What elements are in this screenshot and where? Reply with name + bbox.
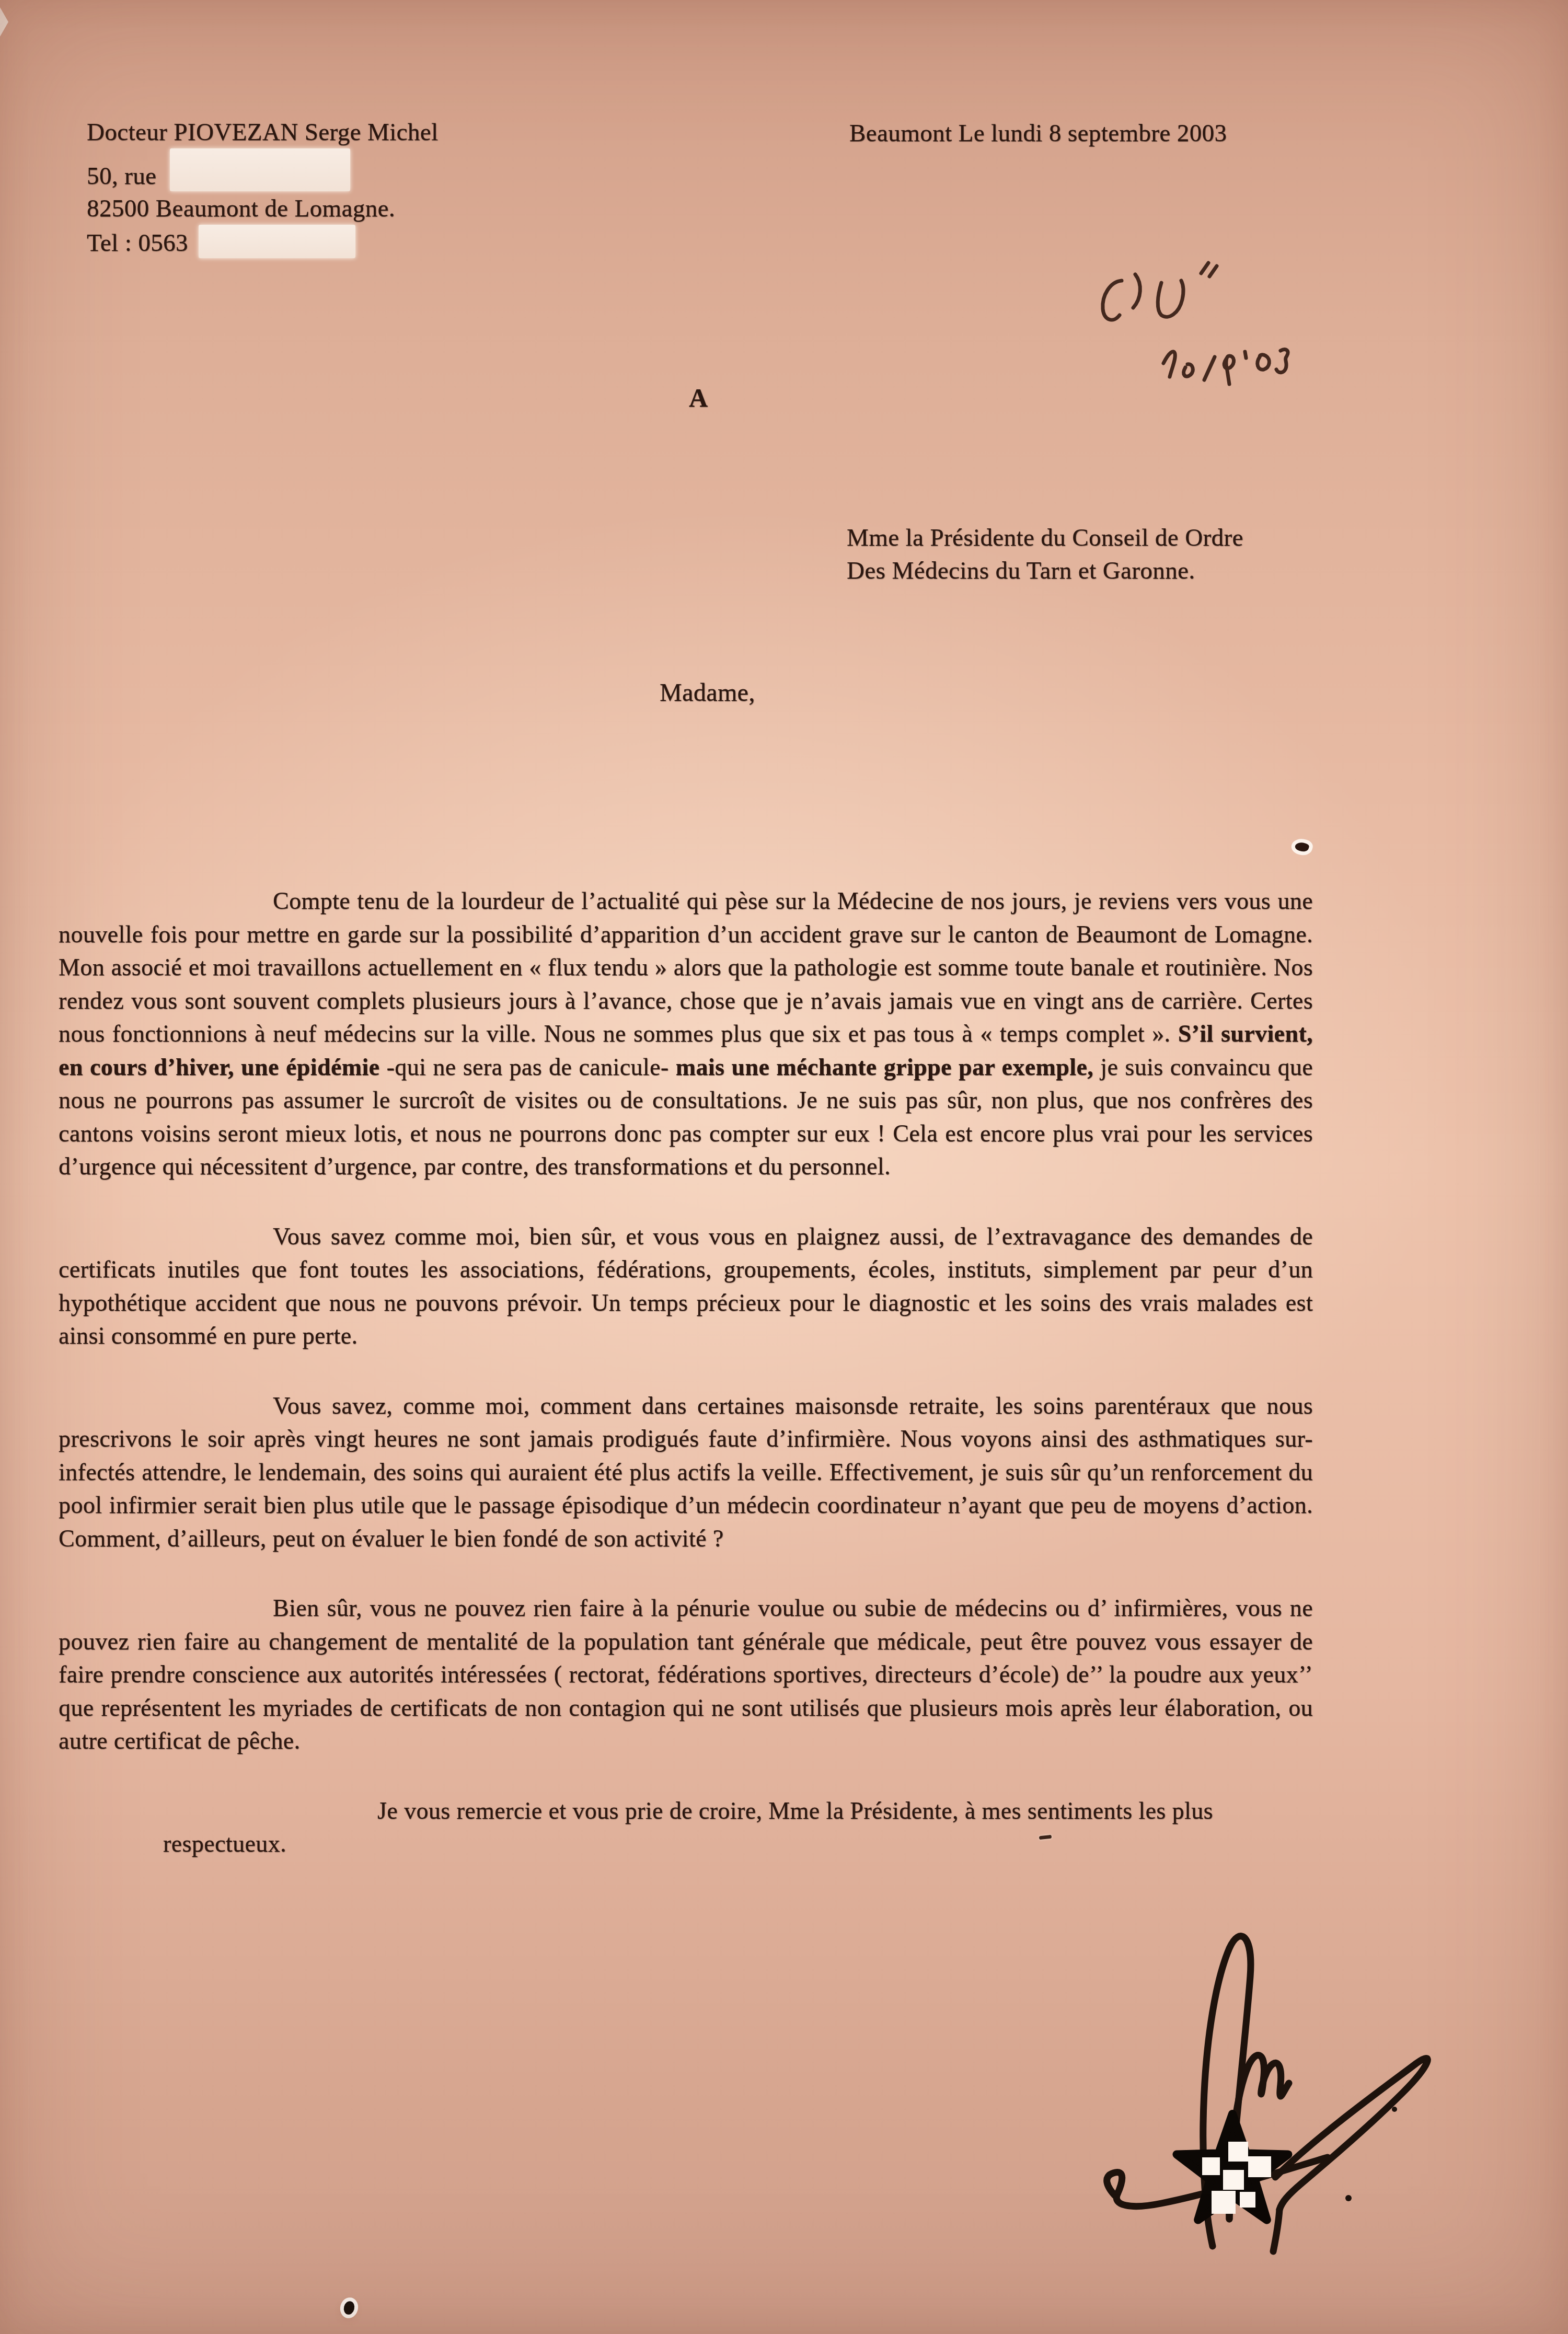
note-stroke-digit bbox=[1163, 352, 1175, 377]
star-white-block bbox=[1202, 2157, 1220, 2175]
body-text: Bien sûr, vous ne pouvez rien faire à la… bbox=[59, 1594, 1313, 1754]
dateline: Beaumont Le lundi 8 septembre 2003 bbox=[849, 119, 1227, 147]
body-text: Vous savez comme moi, bien sûr, et vous … bbox=[59, 1223, 1313, 1349]
signature-loop-right bbox=[1275, 2058, 1427, 2210]
note-stroke-apostrophe bbox=[1245, 352, 1246, 358]
body-text: -qui ne sera pas de canicule- bbox=[379, 1054, 675, 1080]
sender-phone-text: Tel : 0563 bbox=[87, 229, 188, 257]
closing-line: Je vous remercie et vous prie de croire,… bbox=[59, 1794, 1313, 1861]
note-stroke-digit bbox=[1184, 364, 1193, 376]
note-stroke-u bbox=[1158, 281, 1183, 317]
address-marker: A bbox=[689, 383, 708, 413]
star-white-block bbox=[1228, 2142, 1248, 2162]
signature-ink-dot bbox=[1392, 2107, 1397, 2112]
note-stroke-c bbox=[1103, 281, 1122, 320]
sender-name: Docteur PIOVEZAN Serge Michel bbox=[87, 116, 439, 148]
star-white-block bbox=[1223, 2170, 1244, 2190]
sender-phone-line: Tel : 0563 bbox=[87, 225, 439, 259]
note-stroke-ticks bbox=[1201, 263, 1217, 276]
scan-corner-artifact bbox=[0, 7, 8, 37]
star-white-block bbox=[1212, 2191, 1236, 2214]
signature-ink-dot bbox=[1345, 2195, 1352, 2201]
sender-city: 82500 Beaumont de Lomagne. bbox=[87, 192, 439, 225]
signature-star bbox=[1177, 2114, 1288, 2220]
recipient-line-2: Des Médecins du Tarn et Garonne. bbox=[847, 554, 1243, 587]
body-paragraph-1: Compte tenu de la lourdeur de l’actualit… bbox=[59, 884, 1313, 1183]
sender-street-line: 50, rue bbox=[87, 148, 439, 192]
body-paragraph-3: Vous savez, comme moi, comment dans cert… bbox=[59, 1389, 1313, 1555]
note-stroke bbox=[1133, 274, 1140, 308]
sender-block: Docteur PIOVEZAN Serge Michel 50, rue 82… bbox=[87, 116, 439, 259]
scanned-letter-page: Docteur PIOVEZAN Serge Michel 50, rue 82… bbox=[0, 0, 1568, 2334]
sender-street-text: 50, rue bbox=[87, 163, 156, 190]
handwritten-note: CU 10/9 03 bbox=[1071, 259, 1343, 405]
note-stroke-slash bbox=[1204, 357, 1215, 380]
recipient-block: Mme la Présidente du Conseil de Ordre De… bbox=[847, 522, 1243, 587]
note-stroke-digit bbox=[1276, 350, 1288, 373]
signature-tail bbox=[1273, 2210, 1279, 2251]
body-text-bold: mais une méchante grippe par exemple, bbox=[676, 1054, 1093, 1080]
note-stroke-digit bbox=[1258, 355, 1270, 369]
redacted-phone-number bbox=[199, 225, 355, 258]
star-white-block bbox=[1248, 2156, 1271, 2177]
redacted-street-name bbox=[170, 148, 350, 191]
note-stroke-digit bbox=[1224, 356, 1233, 384]
salutation: Madame, bbox=[660, 678, 755, 707]
scan-artifact-punch-dot bbox=[342, 2300, 356, 2316]
body-paragraph-4: Bien sûr, vous ne pouvez rien faire à la… bbox=[59, 1591, 1313, 1758]
body-text: Compte tenu de la lourdeur de l’actualit… bbox=[59, 887, 1313, 1047]
body-paragraph-2: Vous savez comme moi, bien sûr, et vous … bbox=[59, 1220, 1313, 1353]
signature bbox=[1056, 1926, 1474, 2261]
letter-body: Compte tenu de la lourdeur de l’actualit… bbox=[59, 884, 1313, 1897]
body-text: Vous savez, comme moi, comment dans cert… bbox=[59, 1392, 1313, 1552]
recipient-line-1: Mme la Présidente du Conseil de Ordre bbox=[847, 522, 1243, 554]
scan-artifact-tick bbox=[1294, 840, 1310, 853]
star-white-block bbox=[1240, 2192, 1255, 2208]
